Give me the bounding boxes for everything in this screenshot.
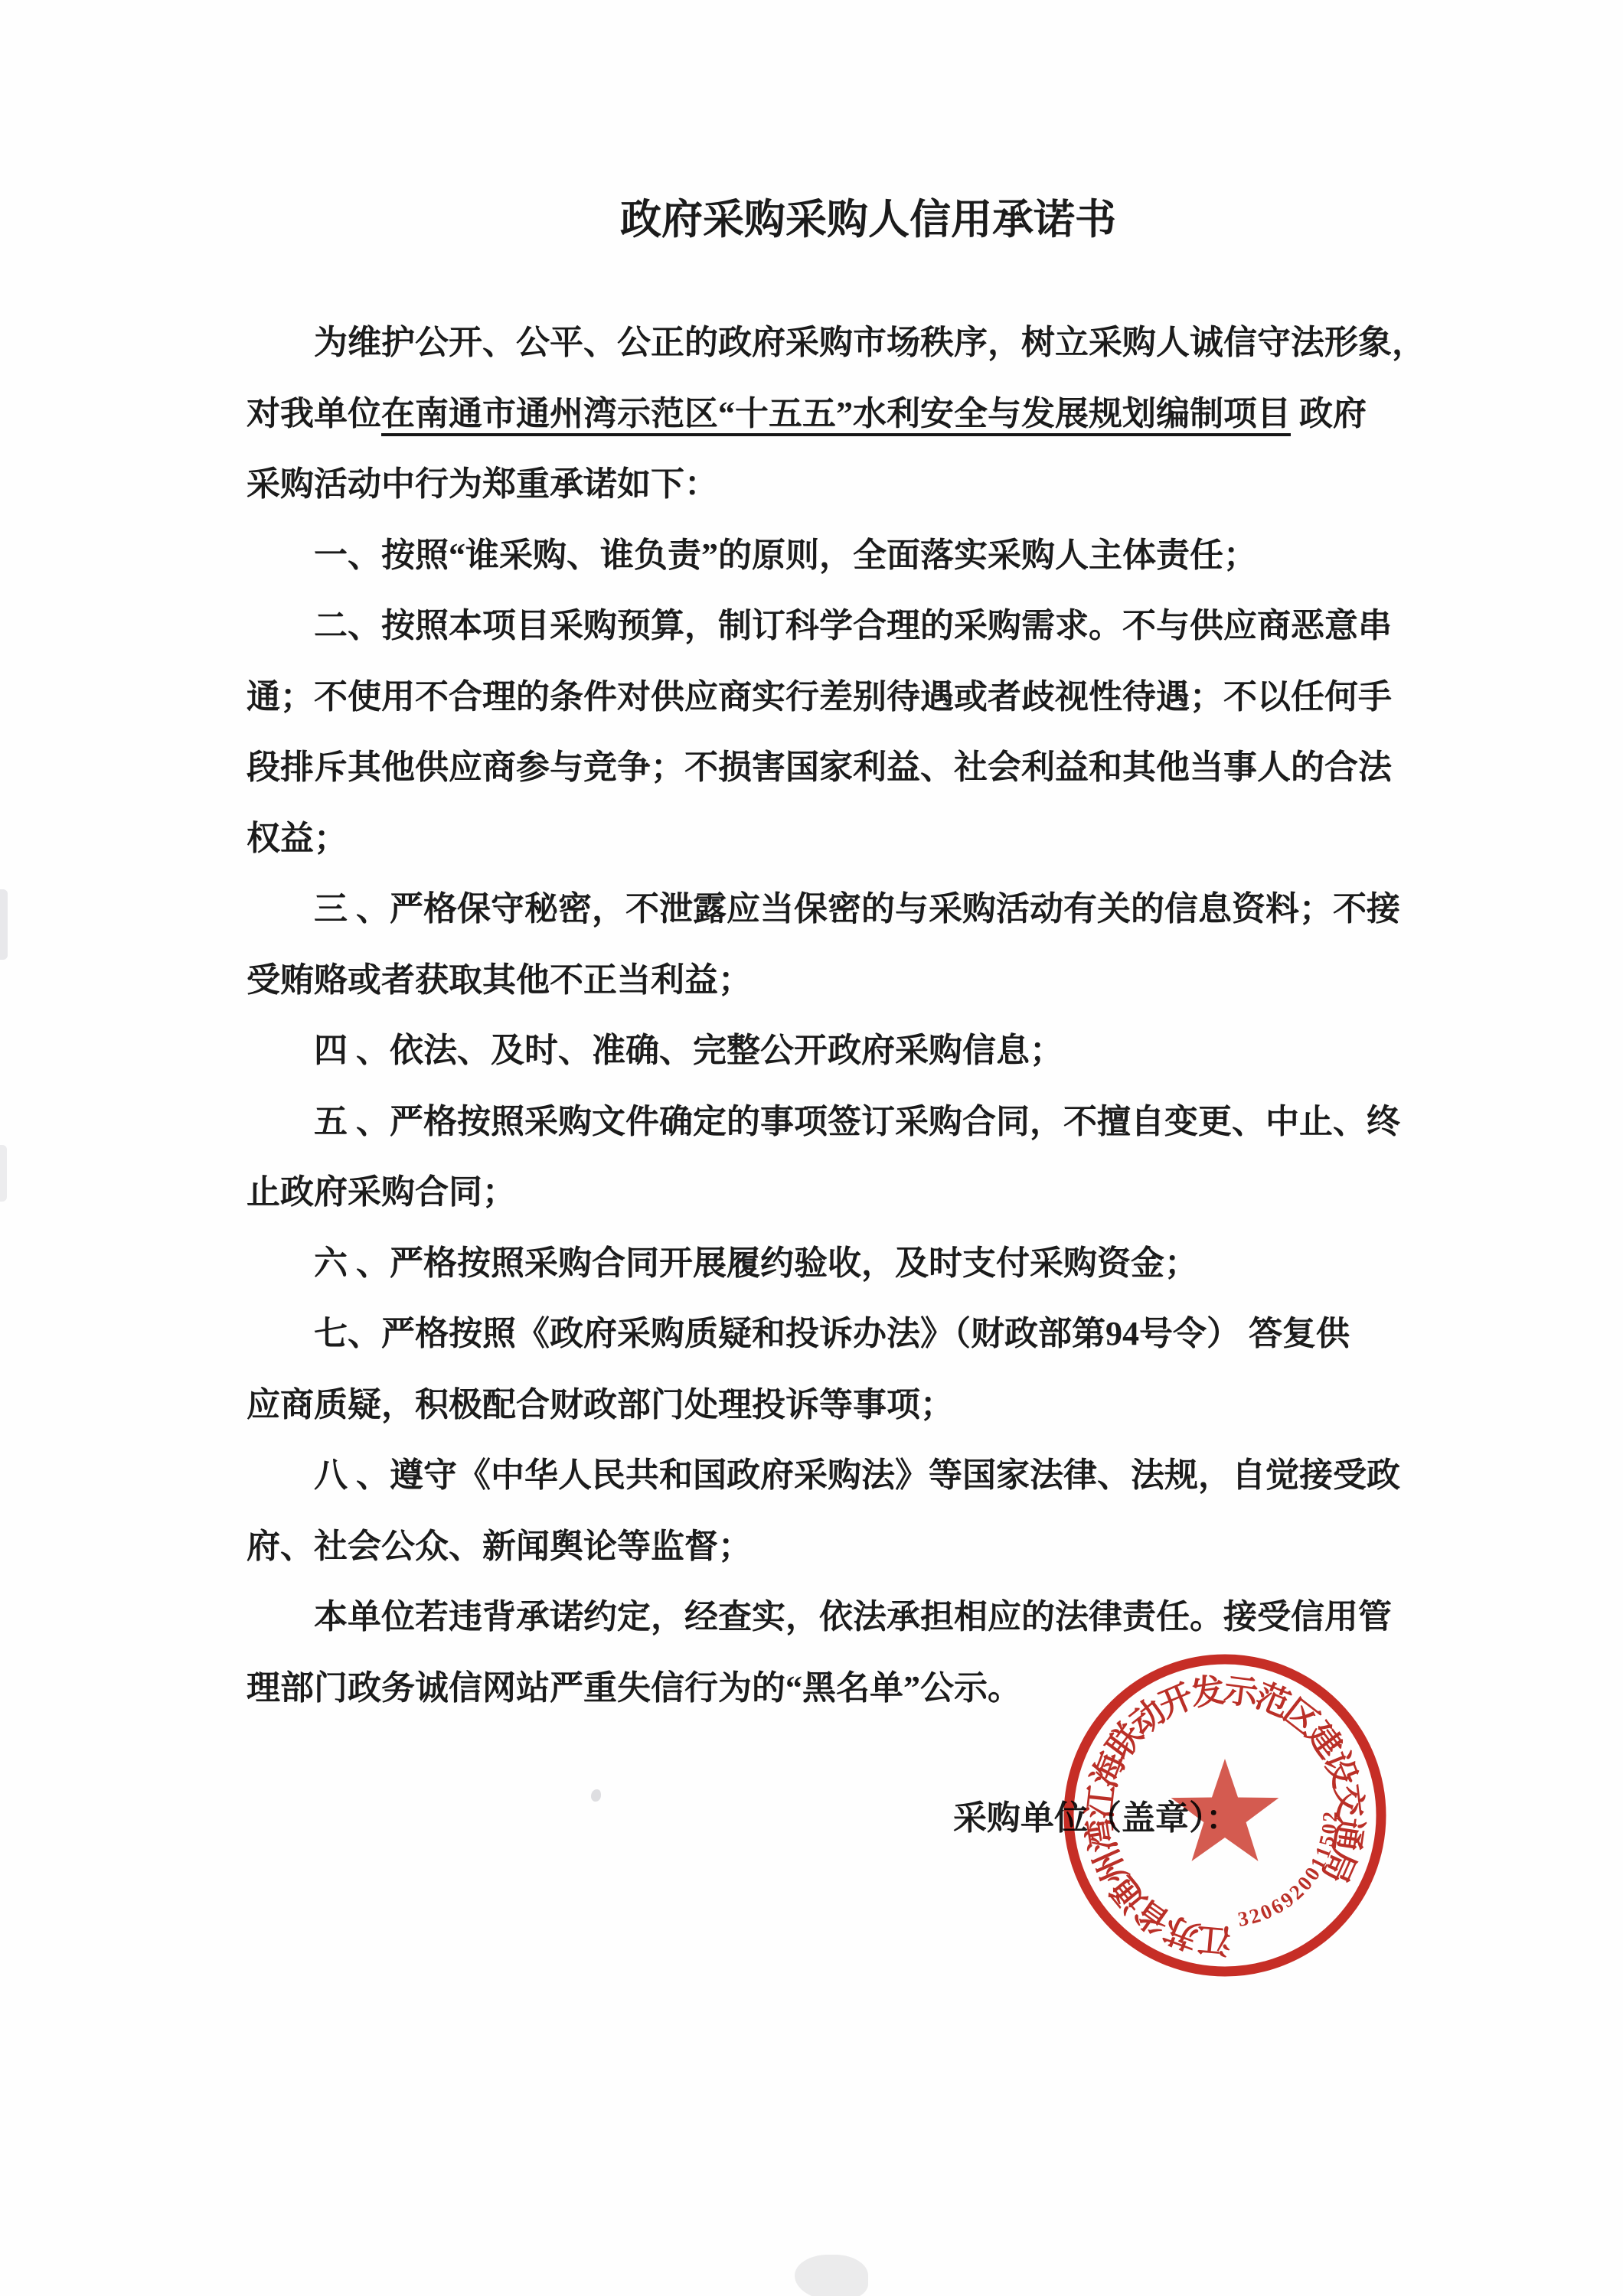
seal-number-text: 3206920011502 <box>1236 1812 1342 1931</box>
intro-line-3: 采购活动中行为郑重承诺如下： <box>247 449 1425 520</box>
item-7-line-1: 七、严格按照《政府采购质疑和投诉办法》（财政部第94号令） 答复供 <box>247 1299 1425 1370</box>
document-body: 为维护公开、公平、公正的政府采购市场秩序，树立采购人诚信守法形象， 对我单位在南… <box>247 308 1425 1724</box>
item-7-line-2: 应商质疑，积极配合财政部门处理投诉等事项； <box>247 1370 1425 1441</box>
svg-text:2: 2 <box>1318 1812 1341 1822</box>
intro-line-1: 为维护公开、公平、公正的政府采购市场秩序，树立采购人诚信守法形象， <box>247 308 1425 379</box>
page-title: 政府采购采购人信用承诺书 <box>620 187 1116 246</box>
item-3-line-1: 三 、严格保守秘密，不泄露应当保密的与采购活动有关的信息资料；不接 <box>247 874 1425 945</box>
item-3-line-2: 受贿赂或者获取其他不正当利益； <box>247 945 1425 1016</box>
item-2-line-4: 权益； <box>247 804 1425 875</box>
item-6-line: 六 、严格按照采购合同开展履约验收，及时支付采购资金； <box>247 1228 1425 1300</box>
item-8-line-2: 府、社会公众、新闻舆论等监督； <box>247 1512 1425 1583</box>
intro-line-2-suffix: 政府 <box>1291 395 1367 432</box>
intro-line-2-prefix: 对我单位 <box>247 395 381 432</box>
item-2-line-3: 段排斥其他供应商参与竞争；不损害国家利益、社会利益和其他当事人的合法 <box>247 732 1425 804</box>
item-8-line-1: 八 、遵守《中华人民共和国政府采购法》等国家法律、法规，自觉接受政 <box>247 1440 1425 1512</box>
item-4-line: 四 、依法、及时、准确、完整公开政府采购信息； <box>247 1016 1425 1087</box>
scan-artifact-bottom <box>795 2255 868 2296</box>
official-seal-stamp: 江苏省通州湾江海联动开发示范区建设交通局 3206920011502 <box>1056 1647 1393 1984</box>
item-5-line-1: 五 、严格按照采购文件确定的事项签订采购合同，不擅自变更、中止、终 <box>247 1087 1425 1158</box>
intro-line-2: 对我单位在南通市通州湾示范区“十五五”水利安全与发展规划编制项目 政府 <box>247 379 1425 450</box>
item-5-line-2: 止政府采购合同； <box>247 1157 1425 1228</box>
scan-artifact-speck <box>591 1789 601 1802</box>
item-2-line-2: 通；不使用不合理的条件对供应商实行差别待遇或者歧视性待遇；不以任何手 <box>247 662 1425 733</box>
project-name-underlined: 在南通市通州湾示范区“十五五”水利安全与发展规划编制项目 <box>381 395 1291 436</box>
scan-artifact-left-1 <box>0 889 8 960</box>
document-page: 政府采购采购人信用承诺书 为维护公开、公平、公正的政府采购市场秩序，树立采购人诚… <box>0 0 1623 2296</box>
closing-line-1: 本单位若违背承诺约定，经查实，依法承担相应的法律责任。接受信用管 <box>247 1582 1425 1653</box>
item-1-line: 一、按照“谁采购、谁负责”的原则，全面落实采购人主体责任； <box>247 520 1425 592</box>
item-2-line-1: 二、按照本项目采购预算，制订科学合理的采购需求。不与供应商恶意串 <box>247 591 1425 662</box>
scan-artifact-left-2 <box>0 1145 7 1202</box>
seal-star-icon <box>1171 1759 1279 1861</box>
